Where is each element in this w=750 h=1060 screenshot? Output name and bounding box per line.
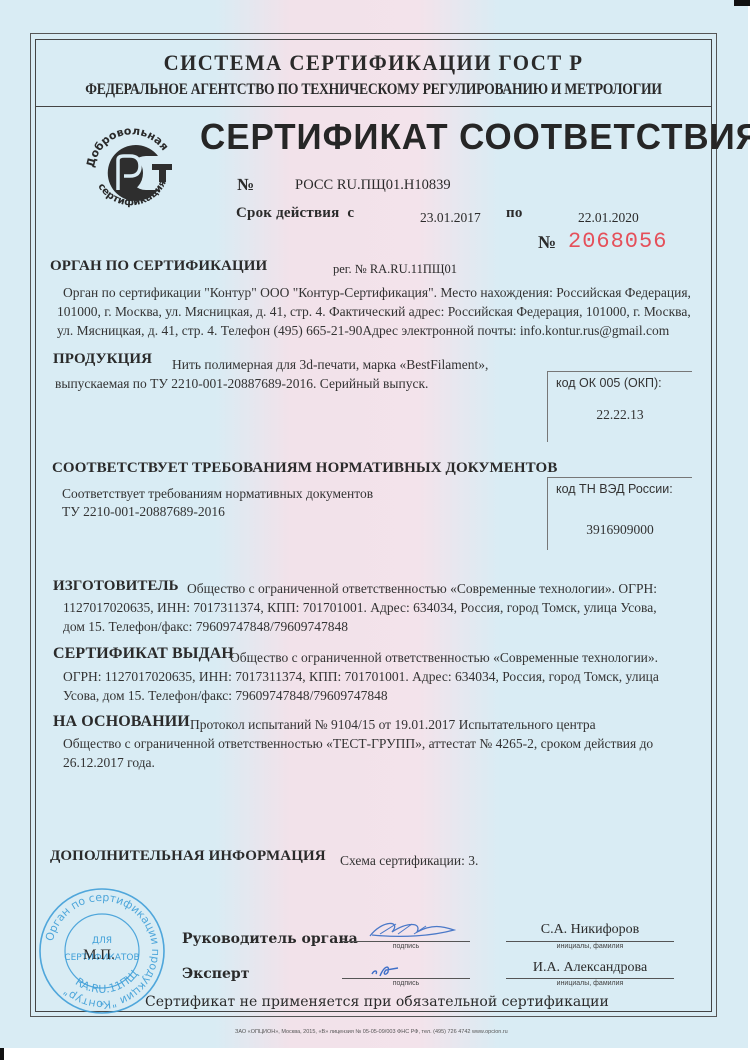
head-of-body-label: Руководитель органа bbox=[182, 931, 358, 947]
mp-label: М.П. bbox=[83, 947, 115, 963]
expert-signature-icon bbox=[368, 962, 408, 980]
expert-name-line bbox=[506, 978, 674, 979]
certification-body-heading: ОРГАН ПО СЕРТИФИКАЦИИ bbox=[50, 258, 267, 275]
head-signature-caption: подпись bbox=[342, 943, 470, 950]
additional-info-heading: ДОПОЛНИТЕЛЬНАЯ ИНФОРМАЦИЯ bbox=[50, 848, 326, 865]
blank-number: 2068056 bbox=[568, 229, 667, 254]
voluntary-note: Сертификат не применяется при обязательн… bbox=[145, 994, 609, 1010]
agency-title: ФЕДЕРАЛЬНОЕ АГЕНТСТВО ПО ТЕХНИЧЕСКОМУ РЕ… bbox=[76, 81, 672, 99]
tnved-code-value: 3916909000 bbox=[548, 522, 692, 538]
basis-line: 26.12.2017 года. bbox=[63, 753, 155, 772]
issued-to-line: Общество с ограниченной ответственностью… bbox=[230, 648, 658, 667]
valid-from: 23.01.2017 bbox=[420, 210, 481, 226]
expert-signature-caption: подпись bbox=[342, 980, 470, 987]
scan-edge bbox=[0, 1048, 4, 1060]
tnved-code-box: код ТН ВЭД России: 3916909000 bbox=[547, 477, 692, 550]
certification-body-line: ул. Мясницкая, д. 41, стр. 4. Телефон (4… bbox=[57, 321, 669, 340]
conformity-line: Соответствует требованиям нормативных до… bbox=[62, 484, 373, 503]
product-line: Нить полимерная для 3d-печати, марка «Be… bbox=[172, 355, 488, 374]
validity-label: Срок действия с bbox=[236, 205, 354, 222]
to-label: по bbox=[506, 205, 523, 222]
head-signature-icon bbox=[362, 918, 462, 940]
certification-scheme: Схема сертификации: 3. bbox=[340, 851, 478, 870]
expert-name: И.А. Александрова bbox=[507, 960, 673, 976]
registration-number: рег. № RA.RU.11ПЩ01 bbox=[333, 262, 457, 277]
number-sign: № bbox=[237, 175, 254, 195]
basis-line: Протокол испытаний № 9104/15 от 19.01.20… bbox=[190, 715, 596, 734]
tnved-code-label: код ТН ВЭД России: bbox=[556, 482, 673, 496]
expert-label: Эксперт bbox=[182, 966, 249, 982]
header-divider bbox=[35, 106, 712, 107]
okp-code-box: код ОК 005 (ОКП): 22.22.13 bbox=[547, 371, 692, 442]
certificate-title: СЕРТИФИКАТ СООТВЕТСТВИЯ bbox=[200, 116, 750, 158]
head-name-line bbox=[506, 941, 674, 942]
head-signature-line bbox=[342, 941, 470, 942]
rst-logo-icon: Добровольная сертификация bbox=[80, 116, 180, 216]
manufacturer-line: 1127017020635, ИНН: 7017311374, КПП: 701… bbox=[63, 598, 657, 617]
blank-number-sign: № bbox=[538, 232, 556, 253]
issued-to-line: Усова, дом 15. Телефон/факс: 79609747848… bbox=[63, 686, 388, 705]
product-line: выпускаемая по ТУ 2210-001-20887689-2016… bbox=[55, 374, 428, 393]
basis-heading: НА ОСНОВАНИИ bbox=[53, 713, 190, 731]
conformity-line: ТУ 2210-001-20887689-2016 bbox=[62, 502, 225, 521]
printer-footer: ЗАО «ОПЦИОН», Москва, 2015, «В» лицензия… bbox=[235, 1029, 508, 1035]
svg-text:*: * bbox=[100, 1001, 104, 1010]
head-name-caption: инициалы, фамилия bbox=[506, 943, 674, 950]
valid-to: 22.01.2020 bbox=[578, 210, 639, 226]
conformity-heading: СООТВЕТСТВУЕТ ТРЕБОВАНИЯМ НОРМАТИВНЫХ ДО… bbox=[52, 460, 557, 477]
manufacturer-heading: ИЗГОТОВИТЕЛЬ bbox=[53, 578, 179, 595]
head-name: С.А. Никифоров bbox=[507, 922, 673, 938]
okp-code-value: 22.22.13 bbox=[548, 407, 692, 423]
basis-line: Общество с ограниченной ответственностью… bbox=[63, 734, 653, 753]
issued-to-heading: СЕРТИФИКАТ ВЫДАН bbox=[53, 645, 234, 663]
seal-inner-top: ДЛЯ bbox=[92, 936, 112, 946]
expert-name-caption: инициалы, фамилия bbox=[506, 980, 674, 987]
manufacturer-line: дом 15. Телефон/факс: 79609747848/796097… bbox=[63, 617, 348, 636]
issued-to-line: ОГРН: 1127017020635, ИНН: 7017311374, КП… bbox=[63, 667, 659, 686]
system-title: СИСТЕМА СЕРТИФИКАЦИИ ГОСТ Р bbox=[52, 50, 695, 76]
okp-code-label: код ОК 005 (ОКП): bbox=[556, 376, 662, 390]
certification-body-line: Орган по сертификации "Контур" ООО "Конт… bbox=[63, 283, 691, 302]
product-heading: ПРОДУКЦИЯ bbox=[53, 351, 152, 368]
manufacturer-line: Общество с ограниченной ответственностью… bbox=[187, 579, 657, 598]
scan-edge bbox=[734, 0, 750, 6]
certification-body-line: 101000, г. Москва, ул. Мясницкая, д. 41,… bbox=[57, 302, 691, 321]
certificate-number: РОСС RU.ПЩ01.Н10839 bbox=[295, 177, 451, 194]
